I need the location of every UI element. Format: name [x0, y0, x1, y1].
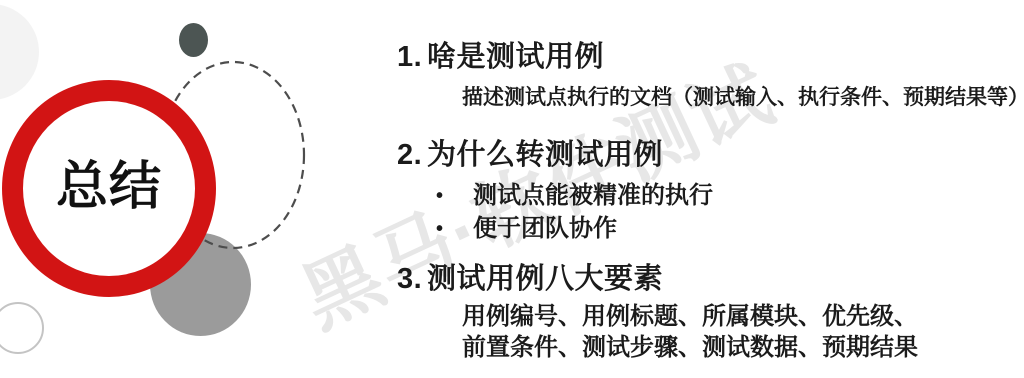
- outline-item-3-title: 测试用例八大要素: [427, 265, 663, 294]
- outline-item-2-bullet-2: • 便于团队协作: [436, 217, 617, 241]
- decor-outline-circle-bottom-left: [0, 302, 44, 354]
- outline-item-2-bullet-1-text: 测试点能被精准的执行: [473, 184, 713, 208]
- slide-canvas: 总结 黑马·软件测试 1. 啥是测试用例 描述测试点执行的文档（测试输入、执行条…: [0, 0, 1024, 378]
- decor-light-circle-top-left: [0, 4, 39, 100]
- outline-item-2-number: 2.: [397, 141, 427, 170]
- outline-item-3-detail-2: 前置条件、测试步骤、测试数据、预期结果: [462, 336, 918, 360]
- outline-item-1-heading: 1. 啥是测试用例: [397, 43, 604, 72]
- outline-item-2-bullet-2-text: 便于团队协作: [473, 217, 617, 241]
- decor-dark-dot: [179, 23, 208, 57]
- summary-badge-ring: 总结: [2, 80, 216, 297]
- bullet-icon: •: [436, 217, 473, 241]
- outline-item-2-bullet-1: • 测试点能被精准的执行: [436, 184, 713, 208]
- outline-item-1-number: 1.: [397, 43, 427, 72]
- outline-item-3-number: 3.: [397, 265, 427, 294]
- outline-item-2-title: 为什么转测试用例: [427, 141, 663, 170]
- outline-item-3-detail-1: 用例编号、用例标题、所属模块、优先级、: [462, 305, 918, 329]
- outline-item-1-title: 啥是测试用例: [427, 43, 604, 72]
- bullet-icon: •: [436, 184, 473, 208]
- outline-item-3-heading: 3. 测试用例八大要素: [397, 265, 663, 294]
- summary-badge-label: 总结: [56, 161, 162, 213]
- outline-item-1-detail: 描述测试点执行的文档（测试输入、执行条件、预期结果等）: [462, 87, 1024, 108]
- outline-item-2-heading: 2. 为什么转测试用例: [397, 141, 663, 170]
